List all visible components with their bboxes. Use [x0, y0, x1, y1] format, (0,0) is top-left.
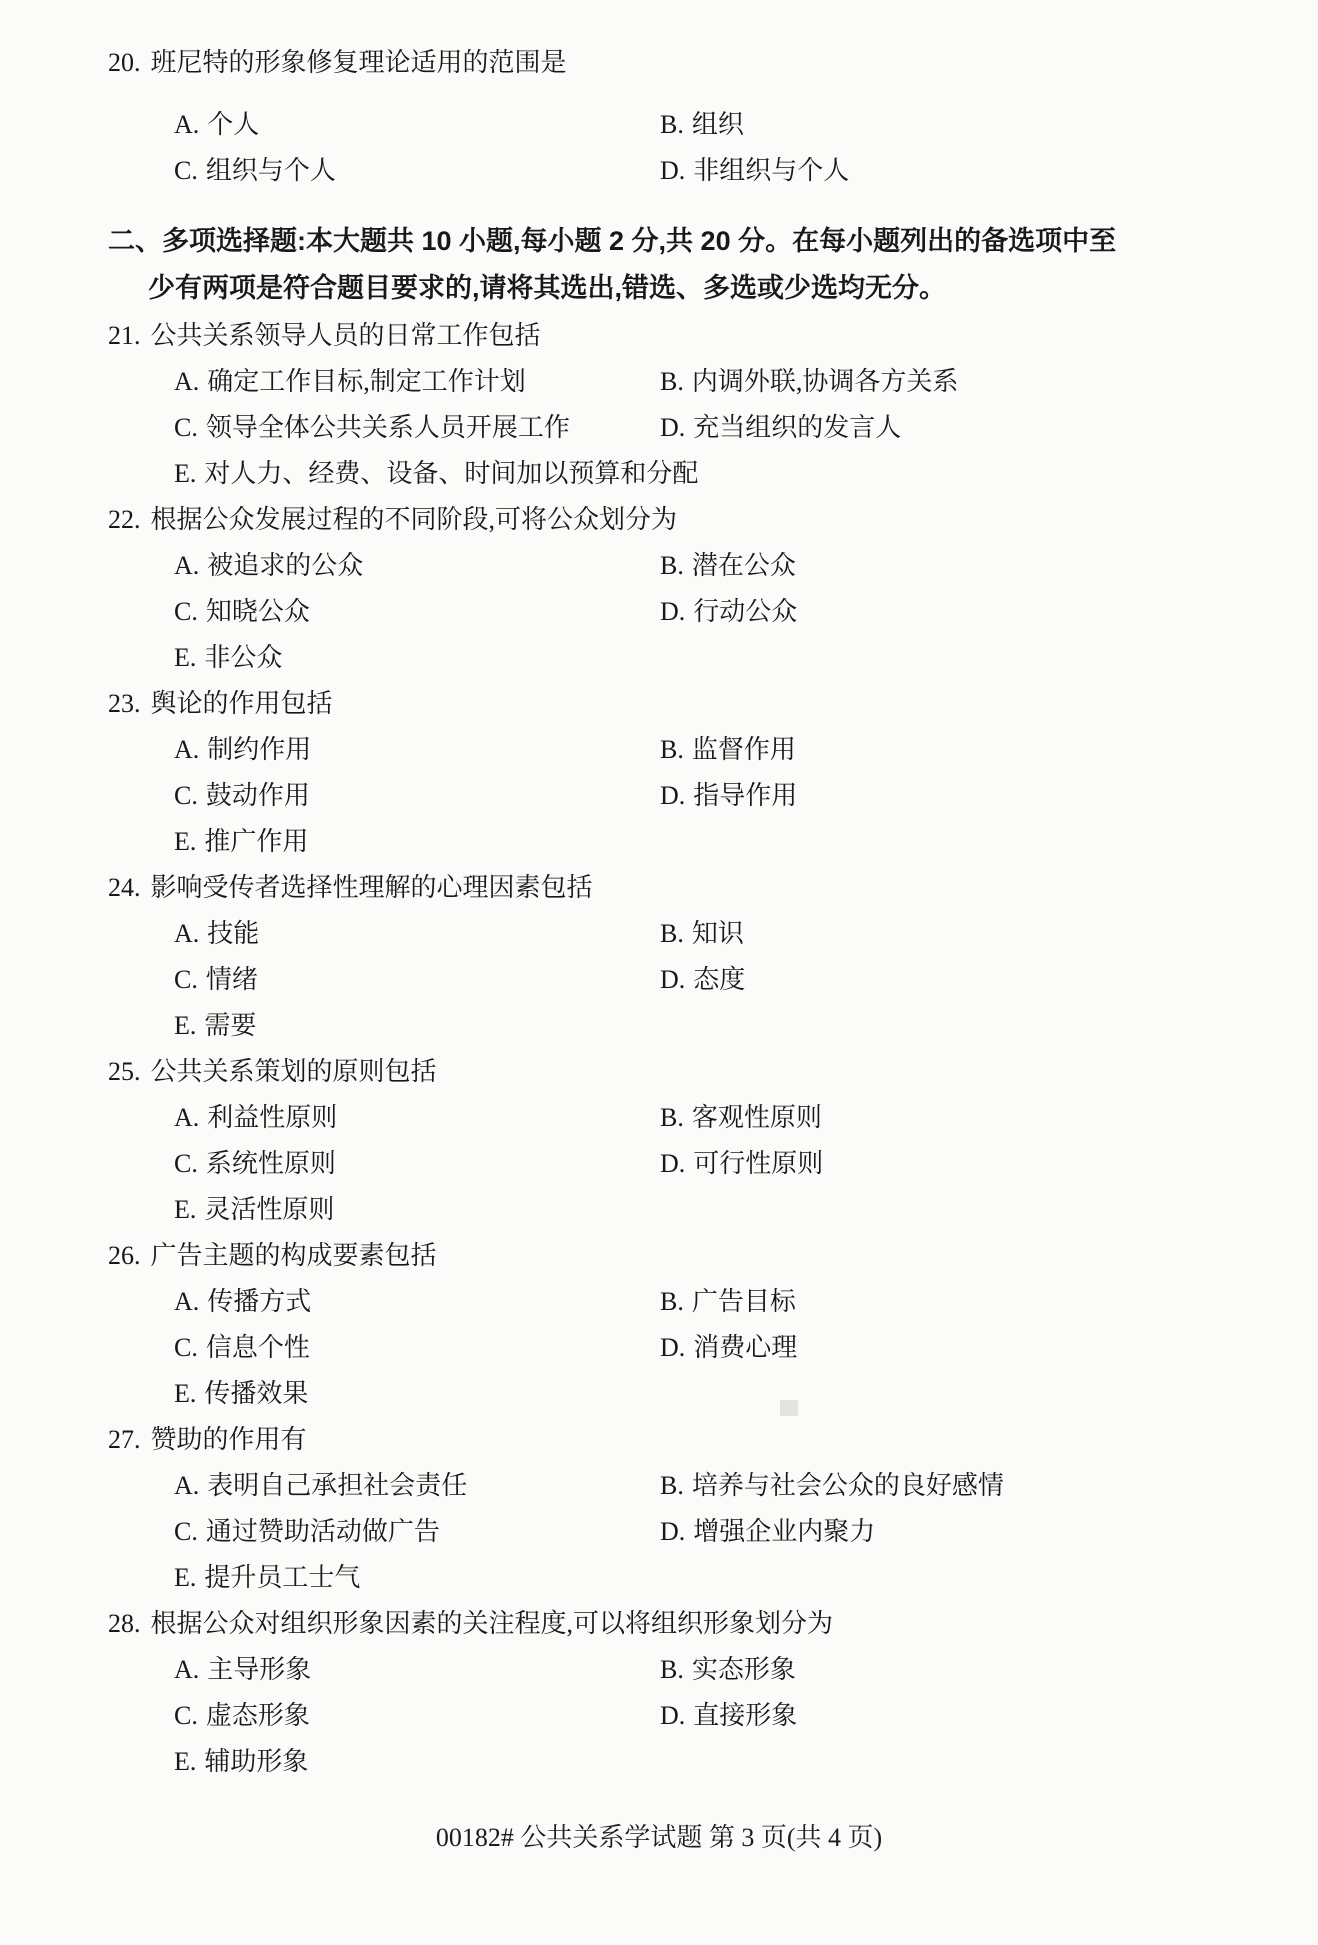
option-text: 推广作用 — [204, 825, 308, 859]
option-text: 客观性原则 — [692, 1101, 822, 1135]
scan-artifact — [780, 1400, 798, 1416]
question-number: 27. — [108, 1423, 141, 1457]
option-26B: B.广告目标 — [660, 1285, 1230, 1319]
option-row: E.推广作用 — [108, 825, 1230, 859]
question-stem: 26.广告主题的构成要素包括 — [108, 1239, 1230, 1273]
question-stem: 21.公共关系领导人员的日常工作包括 — [108, 319, 1230, 353]
option-20B: B.组织 — [660, 108, 1230, 142]
option-row: E.对人力、经费、设备、时间加以预算和分配 — [108, 457, 1230, 491]
option-text: 需要 — [204, 1009, 256, 1043]
option-row: C.信息个性D.消费心理 — [108, 1331, 1230, 1365]
option-28D: D.直接形象 — [660, 1699, 1230, 1733]
question-number: 28. — [108, 1607, 141, 1641]
option-27E: E.提升员工士气 — [174, 1561, 660, 1595]
option-text: 传播效果 — [204, 1377, 308, 1411]
option-row: E.需要 — [108, 1009, 1230, 1043]
option-text: 非公众 — [204, 641, 282, 675]
question-stem: 20.班尼特的形象修复理论适用的范围是 — [108, 46, 1230, 80]
option-row: C.通过赞助活动做广告D.增强企业内聚力 — [108, 1515, 1230, 1549]
option-text: 指导作用 — [693, 779, 797, 813]
section-two-heading-line2: 少有两项是符合题目要求的,请将其选出,错选、多选或少选均无分。 — [108, 271, 1230, 305]
option-23E: E.推广作用 — [174, 825, 660, 859]
option-row: C.情绪D.态度 — [108, 963, 1230, 997]
option-22C: C.知晓公众 — [174, 595, 660, 629]
option-25E: E.灵活性原则 — [174, 1193, 660, 1227]
question-text: 影响受传者选择性理解的心理因素包括 — [151, 871, 593, 905]
option-text: 态度 — [693, 963, 745, 997]
question-number: 25. — [108, 1055, 141, 1089]
option-text: 行动公众 — [693, 595, 797, 629]
option-28C: C.虚态形象 — [174, 1699, 660, 1733]
question-number: 22. — [108, 503, 141, 537]
option-text: 技能 — [207, 917, 259, 951]
option-25A: A.利益性原则 — [174, 1101, 660, 1135]
option-row: C.知晓公众D.行动公众 — [108, 595, 1230, 629]
option-25B: B.客观性原则 — [660, 1101, 1230, 1135]
option-20A: A.个人 — [174, 108, 660, 142]
option-label: D. — [660, 1147, 685, 1181]
option-label: D. — [660, 411, 685, 445]
option-text: 组织 — [692, 108, 744, 142]
option-27C: C.通过赞助活动做广告 — [174, 1515, 660, 1549]
option-label: D. — [660, 595, 685, 629]
option-label: A. — [174, 108, 199, 142]
question-text: 根据公众发展过程的不同阶段,可将公众划分为 — [151, 503, 678, 537]
option-label: E. — [174, 825, 196, 859]
exam-page-content: 20.班尼特的形象修复理论适用的范围是A.个人B.组织C.组织与个人D.非组织与… — [108, 46, 1230, 1791]
question-text: 班尼特的形象修复理论适用的范围是 — [151, 46, 567, 80]
question-stem: 24.影响受传者选择性理解的心理因素包括 — [108, 871, 1230, 905]
option-text: 确定工作目标,制定工作计划 — [207, 365, 526, 399]
option-26A: A.传播方式 — [174, 1285, 660, 1319]
option-text: 监督作用 — [692, 733, 796, 767]
option-text: 实态形象 — [692, 1653, 796, 1687]
question-text: 根据公众对组织形象因素的关注程度,可以将组织形象划分为 — [151, 1607, 834, 1641]
option-text: 利益性原则 — [207, 1101, 337, 1135]
option-27A: A.表明自己承担社会责任 — [174, 1469, 660, 1503]
option-label: C. — [174, 411, 198, 445]
option-label: E. — [174, 457, 196, 491]
option-21C: C.领导全体公共关系人员开展工作 — [174, 411, 660, 445]
option-21D: D.充当组织的发言人 — [660, 411, 1230, 445]
option-row: A.利益性原则B.客观性原则 — [108, 1101, 1230, 1135]
question-28: 28.根据公众对组织形象因素的关注程度,可以将组织形象划分为A.主导形象B.实态… — [108, 1607, 1230, 1779]
question-text: 公共关系领导人员的日常工作包括 — [151, 319, 541, 353]
question-24: 24.影响受传者选择性理解的心理因素包括A.技能B.知识C.情绪D.态度E.需要 — [108, 871, 1230, 1043]
option-row: E.辅助形象 — [108, 1745, 1230, 1779]
question-23: 23.舆论的作用包括A.制约作用B.监督作用C.鼓动作用D.指导作用E.推广作用 — [108, 687, 1230, 859]
option-row: E.灵活性原则 — [108, 1193, 1230, 1227]
option-28E: E.辅助形象 — [174, 1745, 660, 1779]
option-label: E. — [174, 1561, 196, 1595]
option-label: A. — [174, 917, 199, 951]
option-label: E. — [174, 1009, 196, 1043]
option-24C: C.情绪 — [174, 963, 660, 997]
option-text: 培养与社会公众的良好感情 — [692, 1469, 1004, 1503]
option-label: E. — [174, 641, 196, 675]
option-text: 充当组织的发言人 — [693, 411, 901, 445]
option-label: A. — [174, 549, 199, 583]
question-number: 23. — [108, 687, 141, 721]
option-text: 制约作用 — [207, 733, 311, 767]
option-label: C. — [174, 1331, 198, 1365]
option-text: 消费心理 — [693, 1331, 797, 1365]
option-row: A.制约作用B.监督作用 — [108, 733, 1230, 767]
option-22A: A.被追求的公众 — [174, 549, 660, 583]
section-two-heading: 二、多项选择题:本大题共 10 小题,每小题 2 分,共 20 分。在每小题列出… — [108, 224, 1230, 305]
option-label: E. — [174, 1377, 196, 1411]
question-stem: 22.根据公众发展过程的不同阶段,可将公众划分为 — [108, 503, 1230, 537]
option-text: 领导全体公共关系人员开展工作 — [206, 411, 570, 445]
option-label: B. — [660, 1101, 684, 1135]
option-22D: D.行动公众 — [660, 595, 1230, 629]
question-number: 26. — [108, 1239, 141, 1273]
option-text: 虚态形象 — [206, 1699, 310, 1733]
question-20: 20.班尼特的形象修复理论适用的范围是A.个人B.组织C.组织与个人D.非组织与… — [108, 46, 1230, 188]
option-row: C.鼓动作用D.指导作用 — [108, 779, 1230, 813]
question-stem: 25.公共关系策划的原则包括 — [108, 1055, 1230, 1089]
question-25: 25.公共关系策划的原则包括A.利益性原则B.客观性原则C.系统性原则D.可行性… — [108, 1055, 1230, 1227]
question-text: 赞助的作用有 — [151, 1423, 307, 1457]
option-24A: A.技能 — [174, 917, 660, 951]
option-label: C. — [174, 154, 198, 188]
section-two-heading-line1: 二、多项选择题:本大题共 10 小题,每小题 2 分,共 20 分。在每小题列出… — [108, 224, 1230, 258]
option-24E: E.需要 — [174, 1009, 660, 1043]
question-text: 舆论的作用包括 — [151, 687, 333, 721]
option-text: 潜在公众 — [692, 549, 796, 583]
option-text: 情绪 — [206, 963, 258, 997]
question-21: 21.公共关系领导人员的日常工作包括A.确定工作目标,制定工作计划B.内调外联,… — [108, 319, 1230, 491]
option-label: C. — [174, 963, 198, 997]
option-text: 系统性原则 — [206, 1147, 336, 1181]
option-27D: D.增强企业内聚力 — [660, 1515, 1230, 1549]
option-label: D. — [660, 154, 685, 188]
option-23D: D.指导作用 — [660, 779, 1230, 813]
option-label: D. — [660, 963, 685, 997]
option-row: A.表明自己承担社会责任B.培养与社会公众的良好感情 — [108, 1469, 1230, 1503]
option-label: B. — [660, 1285, 684, 1319]
option-label: A. — [174, 1469, 199, 1503]
multiple-choice-questions: 21.公共关系领导人员的日常工作包括A.确定工作目标,制定工作计划B.内调外联,… — [108, 319, 1230, 1779]
option-21A: A.确定工作目标,制定工作计划 — [174, 365, 660, 399]
option-row: C.领导全体公共关系人员开展工作D.充当组织的发言人 — [108, 411, 1230, 445]
option-text: 表明自己承担社会责任 — [207, 1469, 467, 1503]
option-26C: C.信息个性 — [174, 1331, 660, 1365]
single-choice-tail: 20.班尼特的形象修复理论适用的范围是A.个人B.组织C.组织与个人D.非组织与… — [108, 46, 1230, 188]
option-label: D. — [660, 1515, 685, 1549]
option-22B: B.潜在公众 — [660, 549, 1230, 583]
option-row: A.确定工作目标,制定工作计划B.内调外联,协调各方关系 — [108, 365, 1230, 399]
option-label: B. — [660, 108, 684, 142]
question-number: 24. — [108, 871, 141, 905]
option-label: C. — [174, 1515, 198, 1549]
option-24D: D.态度 — [660, 963, 1230, 997]
option-label: A. — [174, 1101, 199, 1135]
option-label: A. — [174, 365, 199, 399]
option-20D: D.非组织与个人 — [660, 154, 1230, 188]
option-label: B. — [660, 549, 684, 583]
option-label: C. — [174, 1147, 198, 1181]
option-row: C.系统性原则D.可行性原则 — [108, 1147, 1230, 1181]
option-label: C. — [174, 779, 198, 813]
option-label: C. — [174, 595, 198, 629]
option-text: 信息个性 — [206, 1331, 310, 1365]
option-row: A.主导形象B.实态形象 — [108, 1653, 1230, 1687]
option-row: A.技能B.知识 — [108, 917, 1230, 951]
question-27: 27.赞助的作用有A.表明自己承担社会责任B.培养与社会公众的良好感情C.通过赞… — [108, 1423, 1230, 1595]
option-label: D. — [660, 1699, 685, 1733]
option-label: A. — [174, 733, 199, 767]
option-text: 传播方式 — [207, 1285, 311, 1319]
option-text: 对人力、经费、设备、时间加以预算和分配 — [204, 457, 698, 491]
option-label: B. — [660, 733, 684, 767]
option-label: A. — [174, 1653, 199, 1687]
option-text: 非组织与个人 — [693, 154, 849, 188]
option-text: 辅助形象 — [204, 1745, 308, 1779]
question-stem: 27.赞助的作用有 — [108, 1423, 1230, 1457]
option-text: 增强企业内聚力 — [693, 1515, 875, 1549]
option-text: 鼓动作用 — [206, 779, 310, 813]
option-row: A.传播方式B.广告目标 — [108, 1285, 1230, 1319]
option-25D: D.可行性原则 — [660, 1147, 1230, 1181]
option-28A: A.主导形象 — [174, 1653, 660, 1687]
option-28B: B.实态形象 — [660, 1653, 1230, 1687]
option-text: 内调外联,协调各方关系 — [692, 365, 959, 399]
option-26D: D.消费心理 — [660, 1331, 1230, 1365]
option-row: A.个人B.组织 — [108, 108, 1230, 142]
option-26E: E.传播效果 — [174, 1377, 660, 1411]
option-text: 个人 — [207, 108, 259, 142]
question-stem: 23.舆论的作用包括 — [108, 687, 1230, 721]
option-label: C. — [174, 1699, 198, 1733]
option-text: 被追求的公众 — [207, 549, 363, 583]
option-label: D. — [660, 779, 685, 813]
option-text: 广告目标 — [692, 1285, 796, 1319]
page-footer: 00182# 公共关系学试题 第 3 页(共 4 页) — [0, 1822, 1318, 1854]
option-label: B. — [660, 1653, 684, 1687]
option-row: C.虚态形象D.直接形象 — [108, 1699, 1230, 1733]
option-21B: B.内调外联,协调各方关系 — [660, 365, 1230, 399]
option-22E: E.非公众 — [174, 641, 660, 675]
option-row: C.组织与个人D.非组织与个人 — [108, 154, 1230, 188]
option-row: E.提升员工士气 — [108, 1561, 1230, 1595]
option-row: A.被追求的公众B.潜在公众 — [108, 549, 1230, 583]
question-number: 20. — [108, 46, 141, 80]
option-row: E.非公众 — [108, 641, 1230, 675]
option-21E: E.对人力、经费、设备、时间加以预算和分配 — [174, 457, 660, 491]
option-text: 可行性原则 — [693, 1147, 823, 1181]
option-label: B. — [660, 917, 684, 951]
option-label: B. — [660, 1469, 684, 1503]
option-label: A. — [174, 1285, 199, 1319]
option-row: E.传播效果 — [108, 1377, 1230, 1411]
option-text: 通过赞助活动做广告 — [206, 1515, 440, 1549]
option-label: D. — [660, 1331, 685, 1365]
option-20C: C.组织与个人 — [174, 154, 660, 188]
option-25C: C.系统性原则 — [174, 1147, 660, 1181]
question-text: 广告主题的构成要素包括 — [151, 1239, 437, 1273]
option-text: 主导形象 — [207, 1653, 311, 1687]
question-22: 22.根据公众发展过程的不同阶段,可将公众划分为A.被追求的公众B.潜在公众C.… — [108, 503, 1230, 675]
option-text: 知晓公众 — [206, 595, 310, 629]
question-26: 26.广告主题的构成要素包括A.传播方式B.广告目标C.信息个性D.消费心理E.… — [108, 1239, 1230, 1411]
option-text: 提升员工士气 — [204, 1561, 360, 1595]
option-label: B. — [660, 365, 684, 399]
question-text: 公共关系策划的原则包括 — [151, 1055, 437, 1089]
option-24B: B.知识 — [660, 917, 1230, 951]
option-text: 灵活性原则 — [204, 1193, 334, 1227]
question-number: 21. — [108, 319, 141, 353]
option-text: 知识 — [692, 917, 744, 951]
option-23B: B.监督作用 — [660, 733, 1230, 767]
option-text: 直接形象 — [693, 1699, 797, 1733]
option-23C: C.鼓动作用 — [174, 779, 660, 813]
option-label: E. — [174, 1193, 196, 1227]
option-label: E. — [174, 1745, 196, 1779]
option-27B: B.培养与社会公众的良好感情 — [660, 1469, 1230, 1503]
option-text: 组织与个人 — [206, 154, 336, 188]
question-stem: 28.根据公众对组织形象因素的关注程度,可以将组织形象划分为 — [108, 1607, 1230, 1641]
option-23A: A.制约作用 — [174, 733, 660, 767]
